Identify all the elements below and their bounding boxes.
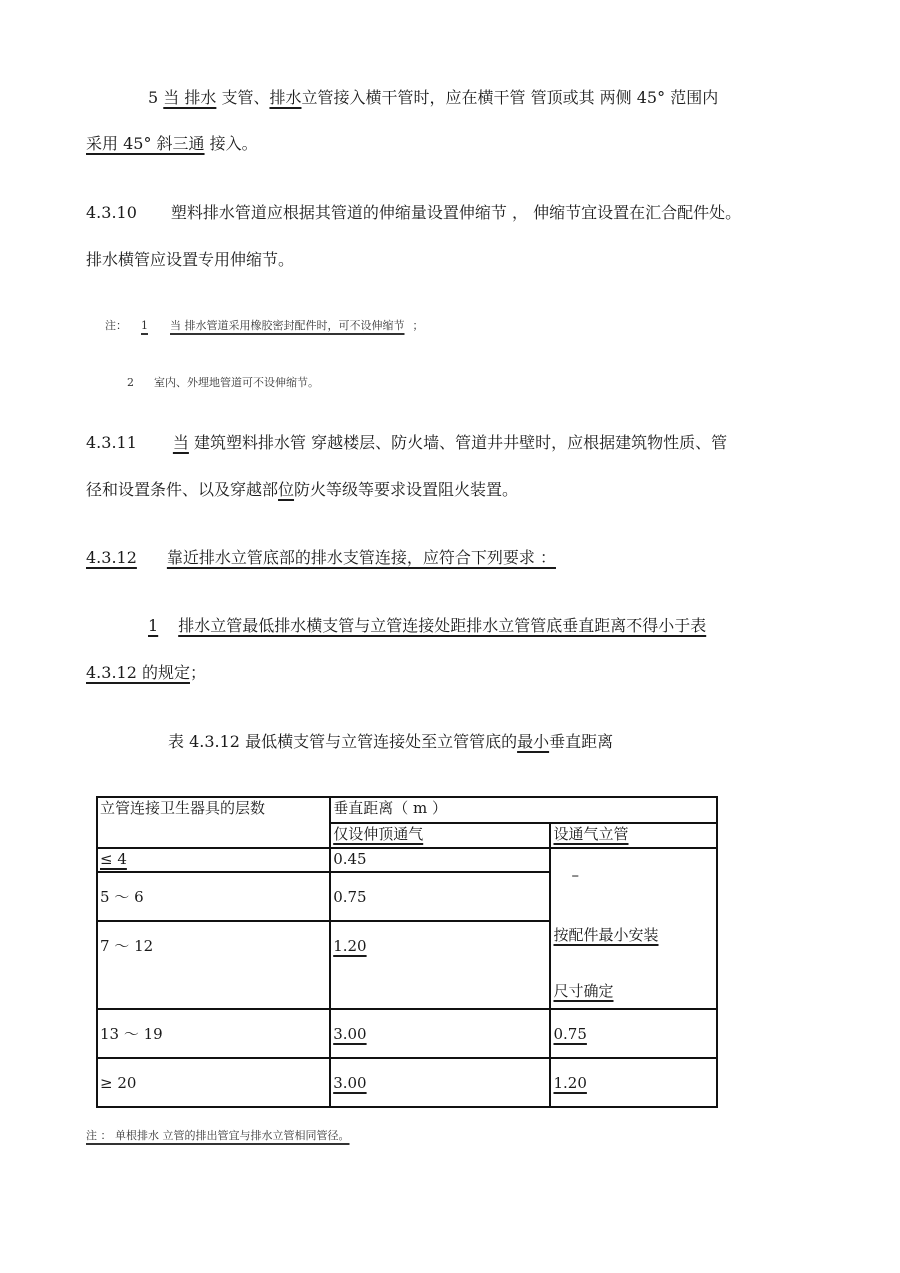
table-note: 注 ： 单根排水 立管的排出管宜与排水立管相同管径。 <box>86 1129 350 1143</box>
cell-top-vent: 3.00 <box>330 1058 550 1107</box>
cell-floors: 5 ～ 6 <box>97 872 330 921</box>
table-row: ≤ 4 0.45 – 按配件最小安装 尺寸确定 <box>97 848 717 872</box>
item-text: 4.3.12 的规定 <box>86 663 190 682</box>
table-row: 13 ～ 19 3.00 0.75 <box>97 1009 717 1058</box>
header-top-vent: 仅设伸顶通气 <box>330 823 550 848</box>
text: 3.00 <box>333 1025 366 1043</box>
text: 仅设伸顶通气 <box>333 825 423 843</box>
item-number: 5 <box>148 88 158 107</box>
caption-text: 垂直距离 <box>549 732 613 751</box>
cell-top-vent: 3.00 <box>330 1009 550 1058</box>
note-number: 1 <box>141 319 148 332</box>
punct: ； <box>413 319 424 332</box>
spec-table: 立管连接卫生器具的层数 垂直距离（ m ） 仅设伸顶通气 设通气立管 ≤ 4 0… <box>96 796 718 1108</box>
text: ≤ 4 <box>100 850 127 868</box>
note-text: 当 排水管道采用橡胶密封配件时，可不设伸缩节 <box>170 319 405 332</box>
text: 1.20 <box>553 1074 586 1092</box>
header-floors: 立管连接卫生器具的层数 <box>97 797 330 848</box>
text: 1.20 <box>333 937 366 955</box>
text: 3.00 <box>333 1074 366 1092</box>
clause-number: 4.3.10 <box>86 203 137 222</box>
underlined-text: 最小 <box>517 732 549 751</box>
cell-floors: 13 ～ 19 <box>97 1009 330 1058</box>
note-text: 注 ： 单根排水 立管的排出管宜与排水立管相同管径。 <box>86 1129 350 1142</box>
text: 0.75 <box>553 1025 586 1043</box>
clause-text: 靠近排水立管底部的排水支管连接，应符合下列要求 ： <box>167 548 556 567</box>
cell-top-vent: 0.45 <box>330 848 550 872</box>
table-row: ≥ 20 3.00 1.20 <box>97 1058 717 1107</box>
clause-4-3-12-line: 4.3.12靠近排水立管底部的排水支管连接，应符合下列要求 ： <box>86 548 556 568</box>
note-2: 2室内、外埋地管道可不设伸缩节。 <box>127 376 319 390</box>
dash: – <box>553 865 714 885</box>
clause-4-3-10-line2: 排水横管应设置专用伸缩节。 <box>86 250 294 270</box>
clause-number: 4.3.11 <box>86 433 137 452</box>
text: 设通气立管 <box>553 825 628 843</box>
clause-text: 建筑塑料排水管 穿越楼层、防火墙、管道井井壁时，应根据建筑物性质、管 <box>189 433 727 452</box>
text: 支管、 <box>216 88 269 107</box>
note-number: 2 <box>127 376 134 389</box>
caption-text: 表 4.3.12 最低横支管与立管连接处至立管管底的 <box>168 732 517 751</box>
clause-4-3-10-line1: 4.3.10塑料排水管道应根据其管道的伸缩量设置伸缩节 ， 伸缩节宜设置在汇合配… <box>86 203 741 223</box>
text: 立管接入横干管时，应在横干管 管顶或其 两侧 45° 范围内 <box>301 88 718 107</box>
text: 接入。 <box>205 134 258 153</box>
clause-4-3-12-item1-line2: 4.3.12 的规定； <box>86 663 216 683</box>
cell-floors: ≤ 4 <box>97 848 330 872</box>
text: 防火等级等要求设置阻火装置。 <box>294 480 518 499</box>
clause-4-3-11-line2: 径和设置条件、以及穿越部位防火等级等要求设置阻火装置。 <box>86 480 518 500</box>
clause-number: 4.3.12 <box>86 548 137 567</box>
note-label: 注： <box>105 319 127 332</box>
note-text: 室内、外埋地管道可不设伸缩节。 <box>154 376 319 389</box>
para-5-line2: 采用 45° 斜三通 接入。 <box>86 134 258 154</box>
clause-4-3-11-line1: 4.3.11当 建筑塑料排水管 穿越楼层、防火墙、管道井井壁时，应根据建筑物性质… <box>86 433 727 453</box>
clause-4-3-12-item1-line1: 1排水立管最低排水横支管与立管连接处距排水立管管底垂直距离不得小于表 <box>148 616 706 636</box>
underlined-text: 当 <box>173 433 189 452</box>
punct: ； <box>190 663 206 682</box>
text: 按配件最小安装 <box>553 926 658 944</box>
header-vertical-distance: 垂直距离（ m ） <box>330 797 717 823</box>
para-5-line1: 5 当 排水 支管、排水立管接入横干管时，应在横干管 管顶或其 两侧 45° 范… <box>148 88 718 108</box>
cell-floors: 7 ～ 12 <box>97 921 330 1009</box>
cell-floors: ≥ 20 <box>97 1058 330 1107</box>
clause-text: 塑料排水管道应根据其管道的伸缩量设置伸缩节 ， 伸缩节宜设置在汇合配件处。 <box>171 203 741 222</box>
merged-vent-stack-cell: – 按配件最小安装 尺寸确定 <box>550 848 717 1009</box>
cell-vent-stack: 0.75 <box>550 1009 717 1058</box>
cell-top-vent: 0.75 <box>330 872 550 921</box>
table-caption: 表 4.3.12 最低横支管与立管连接处至立管管底的最小垂直距离 <box>168 732 613 752</box>
underlined-text: 当 排水 <box>163 88 216 107</box>
underlined-text: 采用 45° 斜三通 <box>86 134 205 153</box>
underlined-text: 排水 <box>269 88 301 107</box>
item-text: 排水立管最低排水横支管与立管连接处距排水立管管底垂直距离不得小于表 <box>178 616 706 635</box>
header-vent-stack: 设通气立管 <box>550 823 717 848</box>
cell-top-vent: 1.20 <box>330 921 550 1009</box>
text: 尺寸确定 <box>553 982 613 1000</box>
item-number: 1 <box>148 616 158 635</box>
note-1: 注：1当 排水管道采用橡胶密封配件时，可不设伸缩节； <box>105 319 424 333</box>
cell-vent-stack: 1.20 <box>550 1058 717 1107</box>
text: 径和设置条件、以及穿越部 <box>86 480 278 499</box>
underlined-text: 位 <box>278 480 294 499</box>
